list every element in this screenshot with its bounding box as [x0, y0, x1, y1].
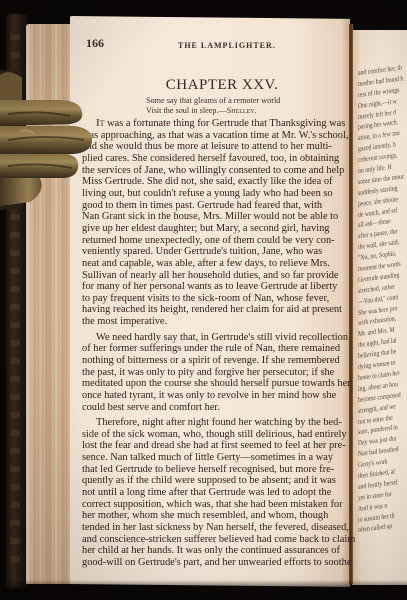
text-line: for many of her personal wants as to lea…: [82, 281, 352, 293]
line-text: and she would thus be more at leisure to…: [82, 141, 332, 152]
text-line: Miss Gertrude. She did not, she said, ex…: [82, 176, 352, 188]
line-text: for many of her personal wants as to lea…: [82, 281, 337, 292]
line-text: living out, but couldn't refuse a young …: [82, 188, 333, 199]
right-page: and comfort her, thmother had found hres…: [352, 30, 407, 585]
line-text: returned home unexpectedly, one of them …: [82, 235, 335, 246]
bottom-shadow: [0, 580, 407, 600]
page-number: 166: [86, 36, 104, 51]
page-header: 166 THE LAMPLIGHTER.: [82, 36, 352, 56]
epigraph-line-2: Visit the soul in sleep.—Shelley.: [146, 106, 352, 116]
text-line: that led Gertrude to believe herself rec…: [82, 464, 352, 476]
line-text: the services of Jane, who willingly cons…: [82, 165, 344, 176]
line-text: Nan Grant sick in the house, Mrs. Miller…: [82, 211, 338, 222]
line-text: her mother, whom she much resembled, and…: [82, 510, 328, 521]
text-line: veniently spared. Under Gertrude's tuiti…: [82, 246, 352, 258]
brass-hand-clamp-icon: [0, 70, 95, 210]
line-text: give up her eldest daughter; but Mary, a…: [82, 223, 329, 234]
text-line: side of the sick woman, who, though stil…: [82, 429, 352, 441]
line-text: Therefore, night after night found her w…: [96, 417, 342, 428]
left-page-text: 166 THE LAMPLIGHTER. CHAPTER XXV. Some s…: [82, 36, 352, 569]
line-text: plied cares. She considered herself favo…: [82, 153, 339, 164]
text-line: having reached its height, rendered her …: [82, 304, 352, 316]
line-text: side of the sick woman, who, though stil…: [82, 429, 347, 440]
text-line: tended in her last sickness by Nan herse…: [82, 522, 352, 534]
epigraph-attribution: Shelley.: [227, 106, 257, 115]
text-line: correct supposition, which was, that she…: [82, 499, 352, 511]
line-text: her child at her hands. It was only the …: [82, 545, 340, 556]
text-line: returned home unexpectedly, one of them …: [82, 235, 352, 247]
running-title: THE LAMPLIGHTER.: [178, 41, 276, 50]
line-text: was approaching, as that was a vacation …: [82, 130, 348, 141]
line-text: tended in her last sickness by Nan herse…: [82, 522, 349, 533]
text-line: her mother, whom she much resembled, and…: [82, 510, 352, 522]
line-text: Sullivan of nearly all her household dut…: [82, 270, 339, 281]
line-text: the most imperative.: [82, 316, 167, 327]
line-text: We need hardly say that, in Gertrude's s…: [96, 332, 348, 343]
text-line: and conscience-stricken sufferer believe…: [82, 534, 352, 546]
line-text: that led Gertrude to believe herself rec…: [82, 464, 334, 475]
text-line: living out, but couldn't refuse a young …: [82, 188, 352, 200]
photo-scene: and comfort her, thmother had found hres…: [0, 0, 407, 600]
text-line: of her former sufferings under the rule …: [82, 343, 352, 355]
line-text: Miss Gertrude. She did not, she said, ex…: [82, 176, 332, 187]
text-line: It was a fortunate thing for Gertrude th…: [82, 118, 352, 130]
right-page-text: and comfort her, thmother had found hres…: [358, 59, 407, 536]
text-line: meditated upon the course she should her…: [82, 378, 352, 390]
text-line: the services of Jane, who willingly cons…: [82, 165, 352, 177]
line-text: nothing of bitterness or a spirit of rev…: [82, 355, 340, 366]
line-text: lost the fear and dread she had at first…: [82, 440, 346, 451]
text-line: lost the fear and dread she had at first…: [82, 440, 352, 452]
epigraph: Some say that gleams of a remoter world …: [82, 96, 352, 115]
text-line: to pay frequent visits to the sick-room …: [82, 293, 352, 305]
text-line: the past, it was only to pity and forgiv…: [82, 367, 352, 379]
line-text: correct supposition, which was, that she…: [82, 499, 343, 510]
text-line: and she would thus be more at leisure to…: [82, 141, 352, 153]
line-text: could best serve and comfort her.: [82, 402, 220, 413]
line-text: good-will on Gertrude's part, and her un…: [82, 557, 351, 568]
opening-word: It: [96, 117, 105, 129]
text-line: Therefore, night after night found her w…: [82, 417, 352, 429]
line-text: not until a long time after that Gertrud…: [82, 487, 331, 498]
chapter-heading: CHAPTER XXV.: [82, 77, 352, 94]
line-text: once hated tyrant, it was only to revolv…: [82, 390, 336, 401]
text-line: not until a long time after that Gertrud…: [82, 487, 352, 499]
text-line: neat and capable, was able, after a few …: [82, 258, 352, 270]
text-line: her child at her hands. It was only the …: [82, 545, 352, 557]
line-text: was a fortunate thing for Gertrude that …: [107, 118, 345, 129]
epigraph-quote: Visit the soul in sleep.—: [146, 106, 227, 115]
text-line: Nan Grant sick in the house, Mrs. Miller…: [82, 211, 352, 223]
text-line: quently as if the child were supposed to…: [82, 475, 352, 487]
text-line: sence. Nan talked much of little Gerty—s…: [82, 452, 352, 464]
line-text: and conscience-stricken sufferer believe…: [82, 534, 355, 545]
text-line: good-will on Gertrude's part, and her un…: [82, 557, 352, 569]
line-text: the past, it was only to pity and forgiv…: [82, 367, 334, 378]
line-text: veniently spared. Under Gertrude's tuiti…: [82, 246, 322, 257]
epigraph-line-1: Some say that gleams of a remoter world: [146, 96, 352, 106]
line-text: neat and capable, was able, after a few …: [82, 258, 330, 269]
line-text: quently as if the child were supposed to…: [82, 475, 336, 486]
line-text: good to them in times past. Gertrude had…: [82, 200, 322, 211]
text-line: Sullivan of nearly all her household dut…: [82, 270, 352, 282]
line-text: sence. Nan talked much of little Gerty—s…: [82, 452, 333, 463]
text-line: plied cares. She considered herself favo…: [82, 153, 352, 165]
text-line: nothing of bitterness or a spirit of rev…: [82, 355, 352, 367]
text-line: We need hardly say that, in Gertrude's s…: [82, 332, 352, 344]
text-line: the most imperative.: [82, 316, 352, 328]
text-line: good to them in times past. Gertrude had…: [82, 200, 352, 212]
line-text: having reached its height, rendered her …: [82, 304, 342, 315]
text-line: was approaching, as that was a vacation …: [82, 130, 352, 142]
text-line: once hated tyrant, it was only to revolv…: [82, 390, 352, 402]
text-line: could best serve and comfort her.: [82, 402, 352, 414]
text-line: give up her eldest daughter; but Mary, a…: [82, 223, 352, 235]
chapter-body: It was a fortunate thing for Gertrude th…: [82, 118, 352, 568]
line-text: meditated upon the course she should her…: [82, 378, 351, 389]
line-text: to pay frequent visits to the sick-room …: [82, 293, 329, 304]
line-text: of her former sufferings under the rule …: [82, 343, 340, 354]
